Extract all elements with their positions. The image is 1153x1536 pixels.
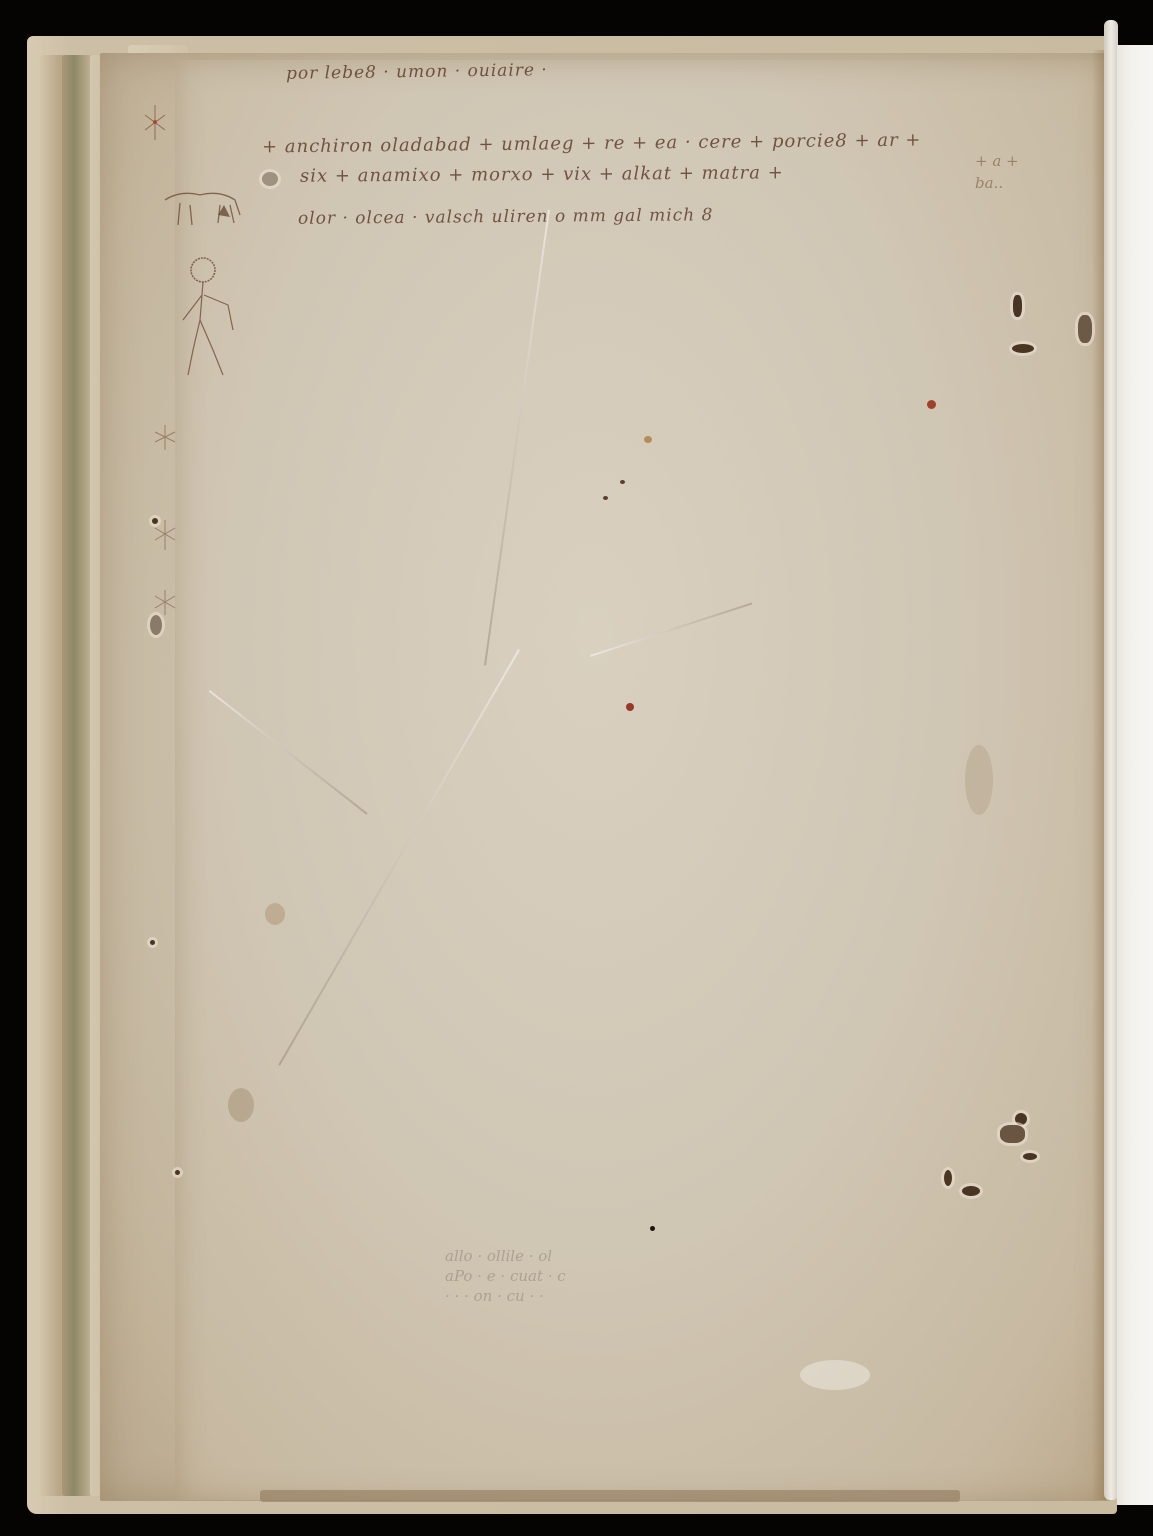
margin-note-line: ba.. (975, 172, 1019, 194)
handwriting-line: six + anamixo + morxo + vix + alkat + ma… (300, 162, 784, 186)
handwriting-line: por lebe8 · umon · ouiaire · (286, 60, 548, 84)
stain (620, 480, 625, 484)
wormhole (1013, 295, 1022, 317)
faint-text-line: · · · on · cu · · (445, 1286, 566, 1306)
ink-dot (650, 1226, 655, 1231)
photo-background: por lebe8 · umon · ouiaire · + anchiron … (0, 0, 1153, 1536)
wormhole (1023, 1153, 1037, 1160)
faint-text-line: aPo · e · cuat · c (445, 1266, 566, 1286)
stain (228, 1088, 254, 1122)
page-edge-layer (62, 55, 92, 1496)
red-speck (927, 400, 936, 409)
wormhole (944, 1170, 952, 1186)
wormhole (962, 1186, 980, 1196)
star-mark-icon (140, 100, 170, 160)
handwriting-line: olor · olcea · valsch uliren o mm gal mi… (298, 205, 714, 229)
wormhole (152, 518, 158, 524)
stain (965, 745, 993, 815)
facing-white-page (1117, 45, 1153, 1505)
wormhole (262, 172, 278, 186)
bottom-edge-damage (260, 1490, 960, 1502)
figure-sketch-icon (178, 250, 248, 390)
wormhole (1078, 315, 1092, 343)
wormhole (150, 940, 155, 945)
animal-sketch-icon (160, 175, 250, 235)
wormhole (1015, 1113, 1027, 1125)
wormhole (175, 1170, 180, 1175)
binding-cord (1104, 20, 1118, 1500)
wormhole (1000, 1125, 1025, 1143)
faint-text-line: allo · ollile · ol (445, 1246, 566, 1266)
wormhole (150, 615, 162, 635)
margin-note-right: + a + ba.. (975, 150, 1019, 194)
margin-note-line: + a + (975, 150, 1019, 172)
flaking-area (800, 1360, 870, 1390)
stain (603, 496, 608, 500)
red-speck (626, 703, 634, 711)
stain (265, 903, 285, 925)
wormhole (1012, 344, 1034, 353)
stain (644, 436, 652, 443)
faint-offset-text: allo · ollile · ol aPo · e · cuat · c · … (445, 1246, 566, 1306)
